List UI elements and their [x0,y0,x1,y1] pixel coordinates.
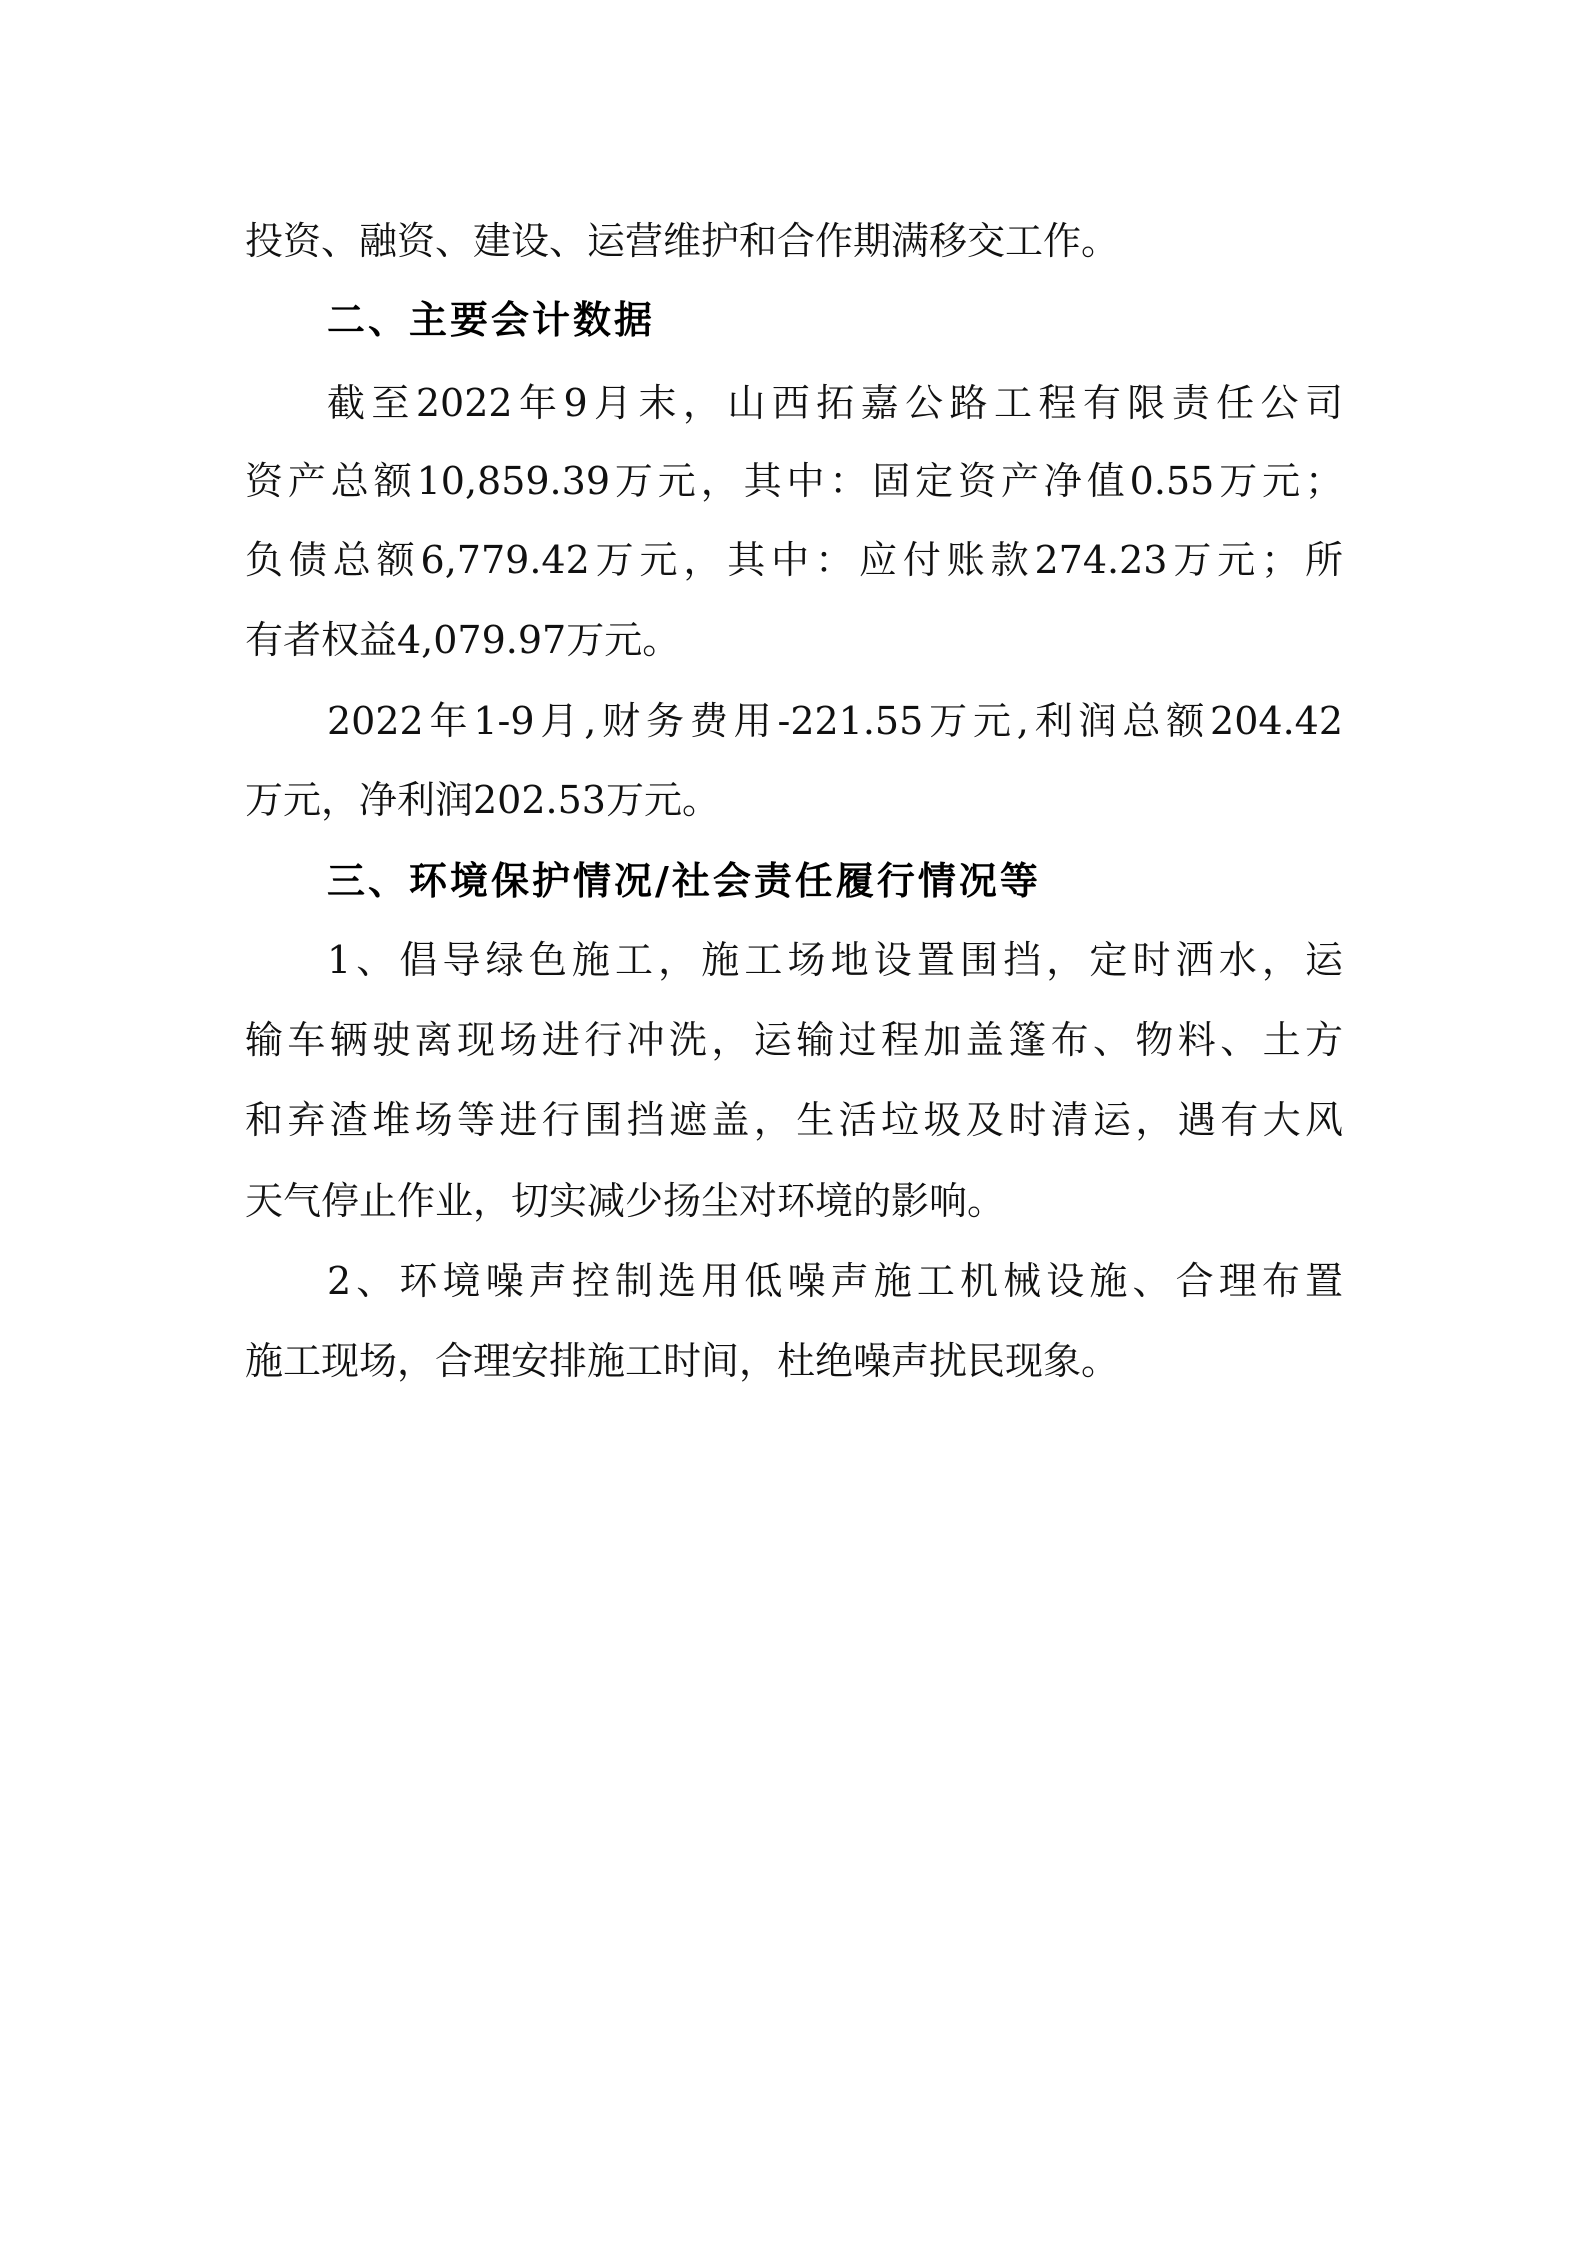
paragraph-balance-sheet-line: 有者权益4,079.97万元。 [245,600,680,680]
list-item-noise-control-line: 施工现场，合理安排施工时间，杜绝噪声扰民现象。 [245,1321,1119,1401]
paragraph-balance-sheet-line: 负债总额6,779.42万元，其中：应付账款274.23万元；所 [245,520,1343,600]
document-page: 投资、融资、建设、运营维护和合作期满移交工作。 二、主要会计数据 截至2022年… [0,0,1587,2245]
list-item-noise-control-line: 2、环境噪声控制选用低噪声施工机械设施、合理布置 [327,1241,1343,1321]
paragraph-continuation-line: 投资、融资、建设、运营维护和合作期满移交工作。 [245,201,1119,281]
list-item-green-construction-line: 输车辆驶离现场进行冲洗，运输过程加盖篷布、物料、土方 [245,1000,1343,1080]
paragraph-income-line: 2022年1-9月,财务费用-221.55万元,利润总额204.42 [327,681,1343,761]
list-item-green-construction-line: 和弃渣堆场等进行围挡遮盖，生活垃圾及时清运，遇有大风 [245,1080,1343,1160]
paragraph-income-line: 万元，净利润202.53万元。 [245,760,720,840]
section-heading-accounting-data: 二、主要会计数据 [327,280,655,360]
paragraph-balance-sheet-line: 截至2022年9月末，山西拓嘉公路工程有限责任公司 [327,363,1343,443]
list-item-green-construction-line: 天气停止作业，切实减少扬尘对环境的影响。 [245,1161,1005,1241]
list-item-green-construction-line: 1、倡导绿色施工，施工场地设置围挡，定时洒水，运 [327,920,1343,1000]
section-heading-environment-social: 三、环境保护情况/社会责任履行情况等 [327,841,1041,921]
paragraph-balance-sheet-line: 资产总额10,859.39万元，其中：固定资产净值0.55万元； [245,441,1343,521]
